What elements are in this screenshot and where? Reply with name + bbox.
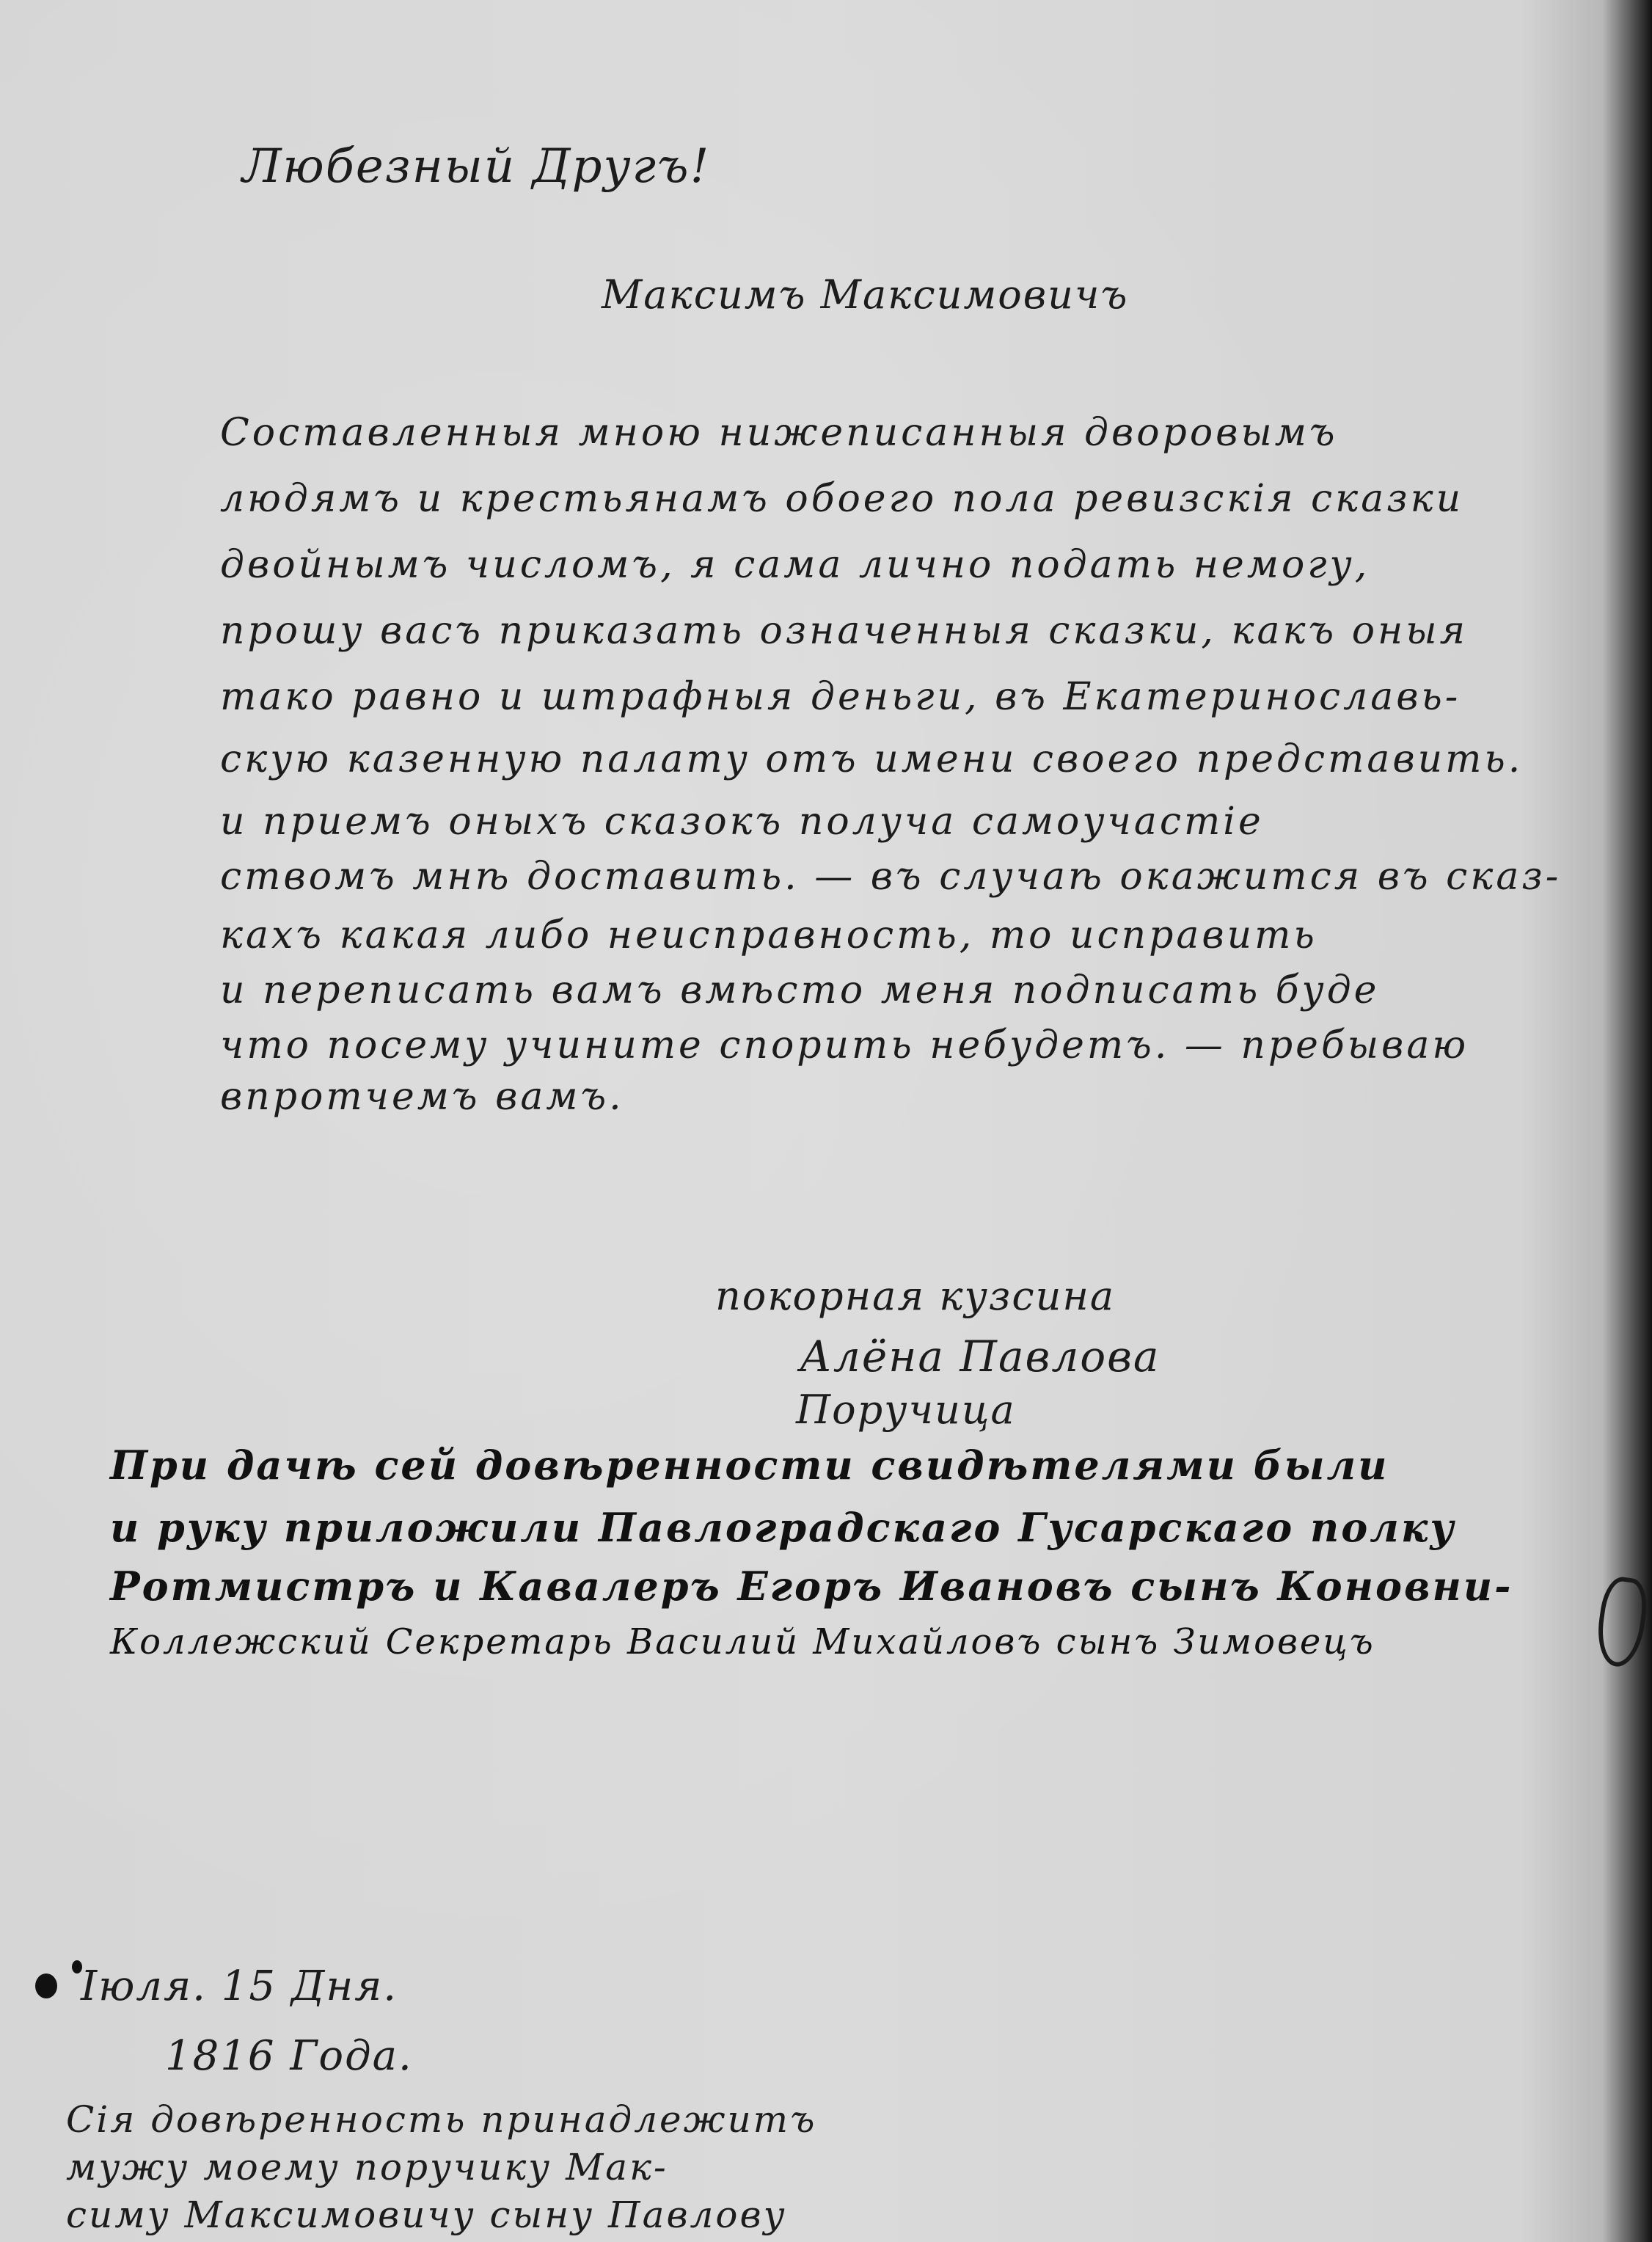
body-line: и переписать вамъ вмѣсто меня подписать … xyxy=(220,968,1379,1012)
attestation-line: Ротмистръ и Кавалеръ Егоръ Ивановъ сынъ … xyxy=(110,1563,1513,1610)
note-line: симу Максимовичу сыну Павлову xyxy=(66,2194,787,2236)
ink-blot xyxy=(35,1973,57,1998)
closing: покорная кузсина xyxy=(715,1273,1115,1319)
body-line: кахъ какая либо неисправность, то исправ… xyxy=(220,913,1317,957)
note-line: Сiя довѣренность принадлежитъ xyxy=(66,2098,816,2141)
attestation-line: Коллежский Секретарь Василий Михайловъ с… xyxy=(110,1621,1375,1662)
attestation-line: При дачѣ сей довѣренности свидѣтелями бы… xyxy=(110,1442,1389,1489)
body-line: тако равно и штрафныя деньги, въ Екатери… xyxy=(220,675,1461,719)
date-year: 1816 Года. xyxy=(165,2032,413,2080)
addressee: Максимъ Максимовичъ xyxy=(602,271,1129,318)
attestation-line: и руку приложили Павлоградскаго Гусарска… xyxy=(110,1504,1456,1551)
body-line: впротчемъ вамъ. xyxy=(220,1075,624,1119)
date-day: Iюля. 15 Дня. xyxy=(81,1962,398,2010)
body-line: что посему учините спорить небудетъ. — п… xyxy=(220,1023,1469,1067)
signature-rank: Поручица xyxy=(796,1387,1016,1433)
body-line: людямъ и крестьянамъ обоего пола ревизск… xyxy=(220,477,1463,521)
salutation: Любезный Другъ! xyxy=(242,139,710,194)
body-line: прошу васъ приказать означенныя сказки, … xyxy=(220,609,1468,653)
body-line: двойнымъ числомъ, я сама лично подать не… xyxy=(220,543,1370,587)
body-line: и приемъ оныхъ сказокъ получа самоучастi… xyxy=(220,800,1264,844)
body-line: скую казенную палату отъ имени своего пр… xyxy=(220,737,1523,781)
signature-name: Алёна Павлова xyxy=(800,1332,1161,1381)
flourish-mark xyxy=(1593,1574,1651,1669)
body-line: ствомъ мнѣ доставить. — въ случаѣ окажит… xyxy=(220,855,1561,899)
body-line: Составленныя мною нижеписанныя дворовымъ xyxy=(220,411,1338,455)
manuscript-page: Любезный Другъ! Максимъ Максимовичъ Сост… xyxy=(0,0,1652,2242)
note-line: мужу моему поручику Мак- xyxy=(66,2146,668,2188)
